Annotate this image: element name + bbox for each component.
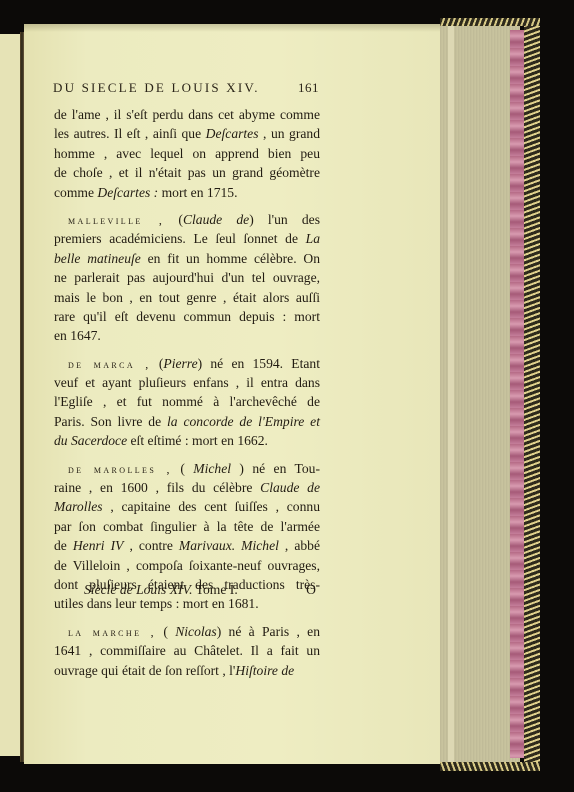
entry-de-marca: de marca , (Pierre) né en 1594. Etantveu… [54,354,320,451]
italic-text: Marolles [54,499,103,514]
text-line: homme , avec lequel on apprend bien peu [54,144,320,163]
gilt-binding-edge-bottom [440,762,540,771]
text-line: Paris. Son livre de la concorde de l'Emp… [54,412,320,431]
entry-name: de marca , [68,357,151,371]
text-line: mais le bon , en tout genre , était alor… [54,288,320,307]
page-block-fore-edge [440,24,520,764]
text-line: raine , en 1600 , fils du célèbre Claude… [54,478,320,497]
running-header: DU SIECLE DE LOUIS XIV. 161 [53,80,319,96]
italic-text: la concorde de l'Empire et [167,414,320,429]
text-line: veuf et ayant pluſieurs enfans , il entr… [54,373,320,392]
entry-malleville: malleville , (Claude de) l'un despremier… [54,210,320,346]
entry-name: malleville , [68,213,164,227]
signature-footer: Siècle de Louis XIV. Tome I. O [84,582,316,598]
gilt-binding-edge-right [524,22,540,768]
italic-text: La [306,231,320,246]
signature-title: Siècle de Louis XIV. [84,582,192,597]
text-line: en 1647. [54,326,320,345]
italic-text: belle matineuſe [54,251,141,266]
text-line: de Henri IV , contre Marivaux. Michel , … [54,536,320,555]
italic-text: Claude de [183,212,249,227]
text-line: les autres. Il eſt , ainſi que Deſcartes… [54,124,320,143]
entry-name: la marche , [68,625,156,639]
entry-name: de marolles , [68,462,172,476]
italic-text: Deſcartes [206,126,259,141]
signature-volume: Tome I. [192,582,237,597]
text-line: de marolles , ( Michel ) né en Tou- [54,459,320,478]
text-line: de Villeloin , compoſa ſoixante-neuf ouv… [54,556,320,575]
signature-mark: O [306,582,316,598]
italic-text: Michel [193,461,231,476]
text-line: de marca , (Pierre) né en 1594. Etant [54,354,320,373]
italic-text: Hiſtoire de [235,663,294,678]
italic-text: Henri IV [73,538,124,553]
text-line: du Sacerdoce eſt eſtimé : mort en 1662. [54,431,320,450]
italic-text: du Sacerdoce [54,433,127,448]
text-line: malleville , (Claude de) l'un des [54,210,320,229]
italic-text: Pierre [163,356,197,371]
entry-la-marche: la marche , ( Nicolas) né à Paris , en16… [54,622,320,680]
text-line: comme Deſcartes : mort en 1715. [54,183,320,202]
italic-text: Claude de [260,480,320,495]
text-line: ouvrage qui était de ſon reſſort , l'Hiſ… [54,661,320,680]
text-line: de choſe , et il n'était pas un grand gé… [54,163,320,182]
fore-edge-highlight [448,24,454,764]
text-line: belle matineuſe en fit un homme célèbre.… [54,249,320,268]
facing-page-edge [0,34,22,756]
text-line: la marche , ( Nicolas) né à Paris , en [54,622,320,641]
text-line: de l'ame , il s'eſt perdu dans cet abyme… [54,105,320,124]
italic-text: Marivaux. Michel [179,538,279,553]
gilt-binding-edge-top [440,18,540,26]
italic-text: Nicolas [175,624,217,639]
text-line: ne parlerait pas aujourd'hui d'un tel ou… [54,268,320,287]
text-line: 1641 , commiſſaire au Châtelet. Il a fai… [54,641,320,660]
text-line: premiers académiciens. Le ſeul ſonnet de… [54,229,320,248]
text-line: rare qu'il eſt devenu commun depuis : mo… [54,307,320,326]
italic-text: Deſcartes : [97,185,158,200]
text-line: l'Egliſe , et fut nommé à l'archevêché d… [54,392,320,411]
text-line: par ſon combat ſingulier à la tête de l'… [54,517,320,536]
page-shadow [24,24,444,32]
paragraph-continuation: de l'ame , il s'eſt perdu dans cet abyme… [54,105,320,202]
text-line: Marolles , capitaine des cent ſuiſſes , … [54,497,320,516]
running-head-title: DU SIECLE DE LOUIS XIV. [53,80,260,95]
page-number: 161 [298,80,319,96]
